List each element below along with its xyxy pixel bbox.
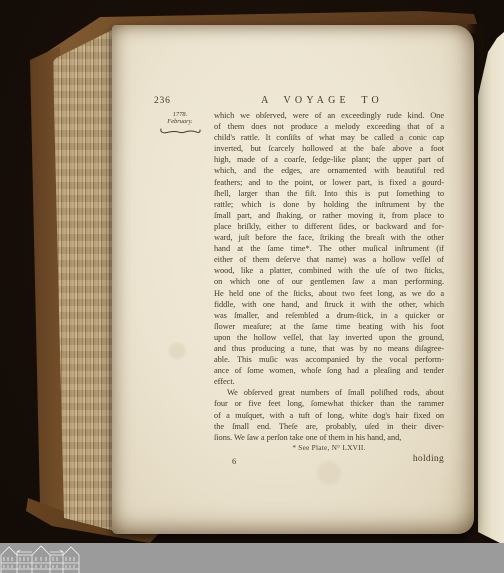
text-line: able. This muſic was accompanied by the … bbox=[214, 354, 444, 365]
book-page: 236 A VOYAGE TO 1778. February. which we… bbox=[112, 25, 474, 534]
footnote: * See Plate, N° LXVII. bbox=[214, 444, 444, 452]
paragraph-2: We obſerved great numbers of ſmall poliſ… bbox=[214, 387, 444, 442]
catchword: holding bbox=[214, 454, 444, 464]
text-line: effect. bbox=[214, 376, 444, 387]
margin-note-flourish-icon bbox=[159, 126, 201, 135]
running-head: A VOYAGE TO bbox=[222, 95, 422, 106]
building-logo bbox=[0, 543, 80, 573]
margin-note-year: 1778. bbox=[154, 111, 206, 118]
text-line: ſlower meaſure; at the ſame time beating… bbox=[214, 321, 444, 332]
text-line: on which one of our gentlemen ſaw a man … bbox=[214, 276, 444, 287]
margin-note-month: February. bbox=[154, 118, 206, 125]
text-line: ſions. We ſaw a perſon take one of them … bbox=[214, 432, 444, 443]
text-line: fiddle, with one hand, and ſtruck it wit… bbox=[214, 299, 444, 310]
text-line: of them does not produce a melody exceed… bbox=[214, 121, 444, 132]
text-line: ſhell, larger than the fiſt. Into this i… bbox=[214, 188, 444, 199]
text-line: rattle; which is done by holding the inſ… bbox=[214, 199, 444, 210]
text-line: ſmall part, and ſhaking, or rather movin… bbox=[214, 210, 444, 221]
text-line: hand at the ſame time*. The other muſica… bbox=[214, 243, 444, 254]
text-line: We obſerved great numbers of ſmall poliſ… bbox=[214, 387, 444, 398]
text-line: four or five feet long, ſomewhat thicker… bbox=[214, 398, 444, 409]
text-line: of a muſquet, with a tuft of long, white… bbox=[214, 410, 444, 421]
text-line: which, and the edges, are ornamented wit… bbox=[214, 165, 444, 176]
paragraph-1: which we obſerved, were of an exceedingl… bbox=[214, 110, 444, 387]
text-line: which we obſerved, were of an exceedingl… bbox=[214, 110, 444, 121]
margin-note-date: 1778. February. bbox=[154, 111, 206, 135]
text-line: ance of ſome women, whoſe ſong had a ple… bbox=[214, 365, 444, 376]
body-text: which we obſerved, were of an exceedingl… bbox=[214, 110, 444, 443]
text-line: ward, juſt before the face, ſtriking the… bbox=[214, 232, 444, 243]
text-line: wood, like a platter, combined with the … bbox=[214, 265, 444, 276]
text-line: place briſkly, either to different ſides… bbox=[214, 221, 444, 232]
text-line: feathers; and to the point, or lower par… bbox=[214, 177, 444, 188]
page-number: 236 bbox=[154, 96, 171, 106]
text-line: He held one of the ſticks, about two fee… bbox=[214, 288, 444, 299]
page-stack-fore-edge bbox=[0, 0, 130, 573]
text-line: the ſmall end. Theſe are, probably, uſed… bbox=[214, 421, 444, 432]
scan-footer-bar bbox=[0, 543, 504, 573]
text-line: and thus producing a tune, that was by n… bbox=[214, 343, 444, 354]
text-line: upon the hollow veſſel, that lay inverte… bbox=[214, 332, 444, 343]
text-line: either of them deſerve that name) was a … bbox=[214, 254, 444, 265]
text-line: child's rattle. It conſiſts of what may … bbox=[214, 132, 444, 143]
text-line: high, made of a coarſe, ſedge-like plant… bbox=[214, 154, 444, 165]
text-line: was ſmaller, and reſembled a drum-ſtick,… bbox=[214, 310, 444, 321]
text-line: inverted, but ſcarcely hollowed at the b… bbox=[214, 143, 444, 154]
book-photograph: 236 A VOYAGE TO 1778. February. which we… bbox=[0, 0, 504, 573]
